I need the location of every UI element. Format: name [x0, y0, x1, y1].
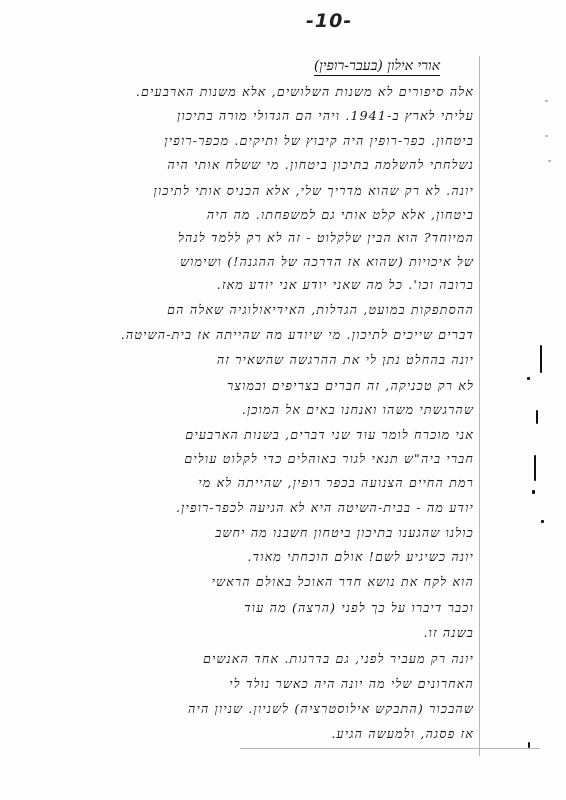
scan-artifact: [532, 490, 535, 494]
scan-artifact: [527, 377, 530, 380]
text-line: בשנה זו.: [424, 625, 475, 641]
text-line: וכבר דיברו על כך לפני (הרצה) מה עוד: [244, 600, 474, 616]
text-line: של איכויות (שהוא אז הדרכה של ההגנה!) ושי…: [180, 254, 474, 270]
text-line: חברי ביה"ש תנאי לגור באוהלים כדי לקלוט ע…: [184, 451, 474, 467]
text-line: יונה כשיגיע לשם! אולם הוכחתי מאוד.: [247, 549, 474, 565]
text-line: הוא לקח את נושא חדר האוכל באולם הראשי: [212, 574, 474, 590]
text-line: יודע מה - בבית-השיטה היא לא הגיעה לכפר-ר…: [176, 500, 474, 516]
text-line: לא רק טכניקה, זה חברים בצריפים ובמוצר: [227, 378, 474, 394]
text-line: אז פסגה, ולמעשה הגיע.: [331, 726, 474, 742]
scan-artifact: [545, 100, 548, 102]
text-line: יונה רק מעביר לפני, גם בדרגות. אחד האנשי…: [203, 651, 474, 667]
scan-artifact: [541, 520, 544, 523]
scan-artifact: [528, 742, 530, 748]
scan-edge-line: [240, 748, 540, 749]
text-line: ביטחון, אלא קלט אותי גם למשפחתו. מה היה: [207, 207, 474, 223]
text-line: עליתי לארץ ב-1941. ויהי הם הגדולי מורה ב…: [177, 108, 474, 124]
text-line: כולנו שהגענו בתיכון ביטחון חשבנו מה יחשב: [215, 525, 474, 541]
text-line: אלה סיפורים לא משנות השלושים, אלא משנות …: [136, 84, 474, 100]
scan-artifact: [548, 160, 551, 162]
scan-artifact: [540, 345, 542, 373]
text-line: נשלחתי להשלמה בתיכון ביטחון. מי ששלח אות…: [167, 157, 474, 173]
text-line: רמת החיים הצנועה בכפר רופין, שהייתה לא מ…: [198, 475, 474, 491]
text-line: האחרונים שלי מה יונה היה כאשר נולד לי: [229, 676, 474, 692]
handwritten-body: אלה סיפורים לא משנות השלושים, אלא משנות …: [0, 0, 566, 800]
text-line: ביטחון. כפר-רופין היה קיבוץ של ותיקים. מ…: [164, 133, 474, 149]
scan-artifact: [545, 135, 548, 137]
text-line: דברים שייכים לתיכון. מי שיודע מה שהייתה …: [121, 327, 474, 343]
text-line: יונה. לא רק שהוא מדריך שלי, אלא הכניס או…: [154, 183, 474, 199]
text-line: שהרגשתי משהו ואנחנו באים אל המוכן.: [242, 402, 474, 418]
scan-artifact: [534, 455, 536, 481]
scanned-page: -10- אורי אילון (בעבר-רופין) אלה סיפורים…: [0, 0, 566, 800]
text-line: ברובה וכו'. כל מה שאני יודע אני יודע מאז…: [217, 277, 474, 293]
text-line: שהבכור (התבקש אילוסטרציה) לשניון. שניון …: [188, 701, 474, 717]
scan-artifact: [536, 410, 538, 424]
text-line: המיוחד? הוא הבין שלקלוט - זה לא רק ללמד …: [178, 230, 474, 246]
text-line: יונה בהחלט נתן לי את ההרגשה שהשאיר זה: [217, 352, 474, 368]
text-line: אני מוכרח לומר עוד שני דברים, בשנות הארב…: [185, 427, 474, 443]
text-line: ההסתפקות במועט, הגדלות, האידיאולוגיה שאל…: [167, 302, 474, 318]
